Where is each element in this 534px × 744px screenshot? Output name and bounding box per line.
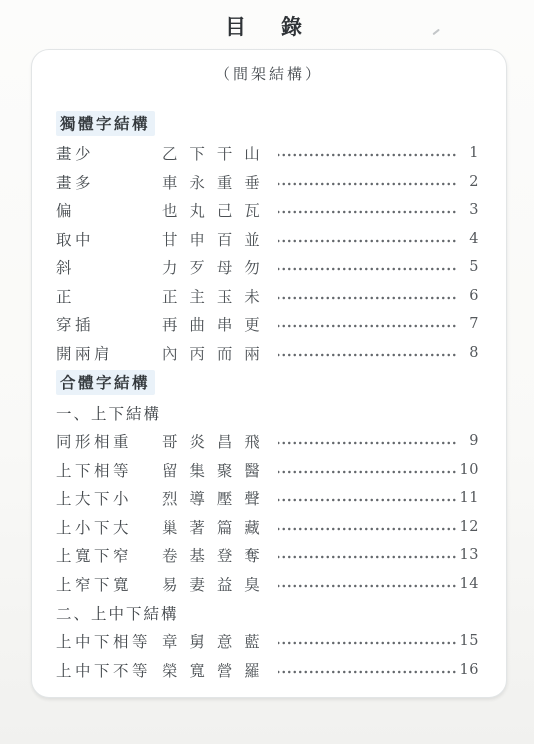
toc-entry-label: 斜 (56, 256, 162, 278)
toc-entry: 上下相等 留 集 聚 醫 10 (56, 456, 479, 485)
toc-entry-page: 3 (459, 202, 479, 218)
toc-entry-page: 11 (459, 490, 479, 506)
dotted-leader (278, 664, 457, 680)
dotted-leader (278, 492, 457, 508)
toc-entry-page: 7 (459, 316, 479, 332)
toc-entry-page: 12 (459, 519, 479, 535)
toc-entry-examples: 內 丙 而 兩 (162, 342, 276, 364)
toc-entry: 取中 甘 申 百 並 4 (56, 225, 479, 254)
toc-entry-examples: 哥 炎 昌 飛 (162, 430, 276, 452)
toc-entry-page: 4 (459, 231, 479, 247)
dotted-leader (278, 204, 457, 220)
toc-entry-examples: 卷 基 登 奪 (162, 544, 276, 566)
toc-entry-examples: 巢 著 篇 藏 (162, 516, 276, 538)
dotted-leader (278, 549, 457, 565)
toc-entry-label: 畫少 (56, 142, 162, 164)
toc-entry-page: 9 (459, 433, 479, 449)
dotted-leader (278, 318, 457, 334)
dotted-leader (278, 261, 457, 277)
toc-entry: 上小下大 巢 著 篇 藏 12 (56, 513, 479, 542)
toc-entry-label: 同形相重 (56, 430, 162, 452)
dotted-leader (278, 290, 457, 306)
dotted-leader (278, 578, 457, 594)
toc-entry-page: 2 (459, 174, 479, 190)
toc-subsection-header: 二、上中下結構 (56, 598, 479, 627)
toc-subsection-header: 一、上下結構 (56, 398, 479, 427)
toc-entry-examples: 烈 導 壓 聲 (162, 487, 276, 509)
toc-entry-page: 16 (459, 662, 479, 678)
toc-entry-examples: 易 妻 益 臭 (162, 573, 276, 595)
toc-entry: 畫少 乙 下 干 山 1 (56, 139, 479, 168)
toc-entry-label: 上中下不等 (56, 659, 162, 681)
toc-entry-label: 上窄下寬 (56, 573, 162, 595)
toc-entry-examples: 甘 申 百 並 (162, 228, 276, 250)
toc-entry: 斜 力 歹 母 勿 5 (56, 253, 479, 282)
dotted-leader (278, 347, 457, 363)
toc-entry-page: 1 (459, 145, 479, 161)
toc-entry-examples: 再 曲 串 更 (162, 313, 276, 335)
dotted-leader (278, 176, 457, 192)
subsection-title: 二、上中下結構 (56, 602, 179, 624)
toc-entry-label: 偏 (56, 199, 162, 221)
toc-entry: 上大下小 烈 導 壓 聲 11 (56, 484, 479, 513)
toc-entry-label: 畫多 (56, 171, 162, 193)
dotted-leader (278, 464, 457, 480)
toc-subtitle: （間架結構） (32, 63, 506, 84)
toc-entry-page: 15 (459, 633, 479, 649)
toc-entry: 上中下不等 榮 寬 營 羅 16 (56, 656, 479, 685)
toc-entry-page: 6 (459, 288, 479, 304)
toc-section-header: 合體字結構 (56, 367, 479, 398)
toc-entry-label: 上中下相等 (56, 630, 162, 652)
toc-entry-examples: 乙 下 干 山 (162, 142, 276, 164)
toc-entry-examples: 也 丸 己 瓦 (162, 199, 276, 221)
toc-entry-examples: 車 永 重 垂 (162, 171, 276, 193)
toc-entry-examples: 榮 寬 營 羅 (162, 659, 276, 681)
toc-entry-label: 開兩肩 (56, 342, 162, 364)
dotted-leader (278, 521, 457, 537)
toc-entry-page: 13 (459, 547, 479, 563)
toc-entry: 上中下相等 章 舅 意 藍 15 (56, 627, 479, 656)
toc-entry-label: 上大下小 (56, 487, 162, 509)
toc-entry: 正 正 主 玉 未 6 (56, 282, 479, 311)
toc-entry: 偏 也 丸 己 瓦 3 (56, 196, 479, 225)
subsection-title: 一、上下結構 (56, 402, 161, 424)
toc-entry-label: 上寬下窄 (56, 544, 162, 566)
toc-entry-label: 上小下大 (56, 516, 162, 538)
dotted-leader (278, 233, 457, 249)
toc-entry-examples: 力 歹 母 勿 (162, 256, 276, 278)
dotted-leader (278, 435, 457, 451)
toc-card: （間架結構） 獨體字結構 畫少 乙 下 干 山 1 畫多 車 永 重 垂 2 偏… (31, 49, 507, 698)
toc-entry-page: 8 (459, 345, 479, 361)
toc-entry: 穿插 再 曲 串 更 7 (56, 310, 479, 339)
toc-entry-label: 取中 (56, 228, 162, 250)
dotted-leader (278, 147, 457, 163)
toc-section-header: 獨體字結構 (56, 108, 479, 139)
page-title: 目 錄 (0, 0, 534, 41)
toc-entry-examples: 正 主 玉 未 (162, 285, 276, 307)
toc-entry-page: 5 (459, 259, 479, 275)
scanned-toc-page: 目 錄 （間架結構） 獨體字結構 畫少 乙 下 干 山 1 畫多 車 永 重 垂… (0, 0, 534, 744)
toc-entry-page: 14 (459, 576, 479, 592)
toc-entry-page: 10 (459, 462, 479, 478)
toc-entry: 上窄下寬 易 妻 益 臭 14 (56, 570, 479, 599)
toc-list: 獨體字結構 畫少 乙 下 干 山 1 畫多 車 永 重 垂 2 偏 也 丸 己 … (32, 108, 506, 684)
toc-entry: 開兩肩 內 丙 而 兩 8 (56, 339, 479, 368)
toc-entry: 畫多 車 永 重 垂 2 (56, 168, 479, 197)
toc-entry-label: 上下相等 (56, 459, 162, 481)
toc-entry: 同形相重 哥 炎 昌 飛 9 (56, 427, 479, 456)
toc-entry-examples: 留 集 聚 醫 (162, 459, 276, 481)
toc-entry-label: 正 (56, 285, 162, 307)
dotted-leader (278, 635, 457, 651)
section-title: 獨體字結構 (56, 111, 155, 136)
toc-entry: 上寬下窄 卷 基 登 奪 13 (56, 541, 479, 570)
toc-entry-examples: 章 舅 意 藍 (162, 630, 276, 652)
section-title: 合體字結構 (56, 370, 155, 395)
toc-entry-label: 穿插 (56, 313, 162, 335)
